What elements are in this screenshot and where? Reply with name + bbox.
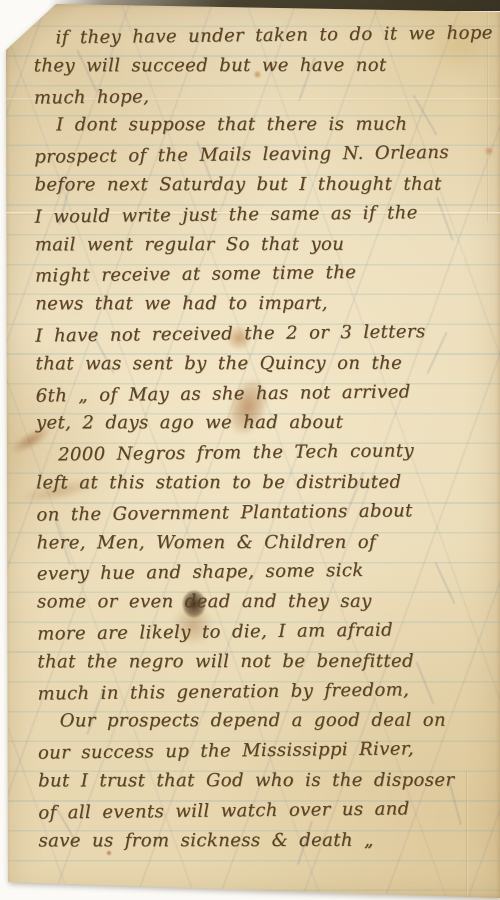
letter-line: if they have under taken to do it we hop… [33,18,487,53]
letter-line: news that we had to impart, [35,289,489,320]
letter-line: left at this station to be distributed [36,468,490,499]
letter-line: on the Government Plantations about [36,495,490,530]
letter-line: they will succeed but we have not [34,50,488,81]
letter-line: of all events will watch over us and [38,793,492,828]
letter-line: might receive at some time the [35,257,489,292]
letter-line: Our prospects depend a good deal on [38,706,492,737]
letter-line: I dont suppose that there is much [34,110,488,141]
letter-line: I have not received the 2 or 3 letters [35,316,489,351]
letter-line: mail went regular So that you [35,229,489,260]
letter-line: I would write just the same as if the [34,197,488,232]
letter-paper: if they have under taken to do it we hop… [6,4,500,898]
letter-line: 2000 Negros from the Tech county [36,436,490,471]
letter-line: our success up the Mississippi River, [38,734,492,769]
letter-line: much in this generation by freedom, [37,674,491,709]
letter-line: prospect of the Mails leaving N. Orleans [34,138,488,173]
letter-line: every hue and shape, some sick [37,555,491,590]
letter-line: here, Men, Women & Children of [37,527,491,558]
letter-line: yet, 2 days ago we had about [36,408,490,439]
letter-line: some or even dead and they say [37,587,491,618]
letter-line: more are likely to die, I am afraid [37,614,491,649]
letter-line: that the negro will not be benefitted [37,646,491,677]
letter-paper-shadow: if they have under taken to do it we hop… [0,0,500,900]
letter-line: 6th „ of May as she has not arrived [36,376,490,411]
letter-body: if they have under taken to do it we hop… [33,20,492,857]
letter-line: that was sent by the Quincy on the [36,348,490,379]
letter-line: much hope, [34,78,488,113]
letter-line: save us from sickness & death „ [38,825,492,856]
scan-background: if they have under taken to do it we hop… [0,0,500,900]
letter-line: before next Saturday but I thought that [34,170,488,201]
letter-line: but I trust that God who is the disposer [38,766,492,797]
